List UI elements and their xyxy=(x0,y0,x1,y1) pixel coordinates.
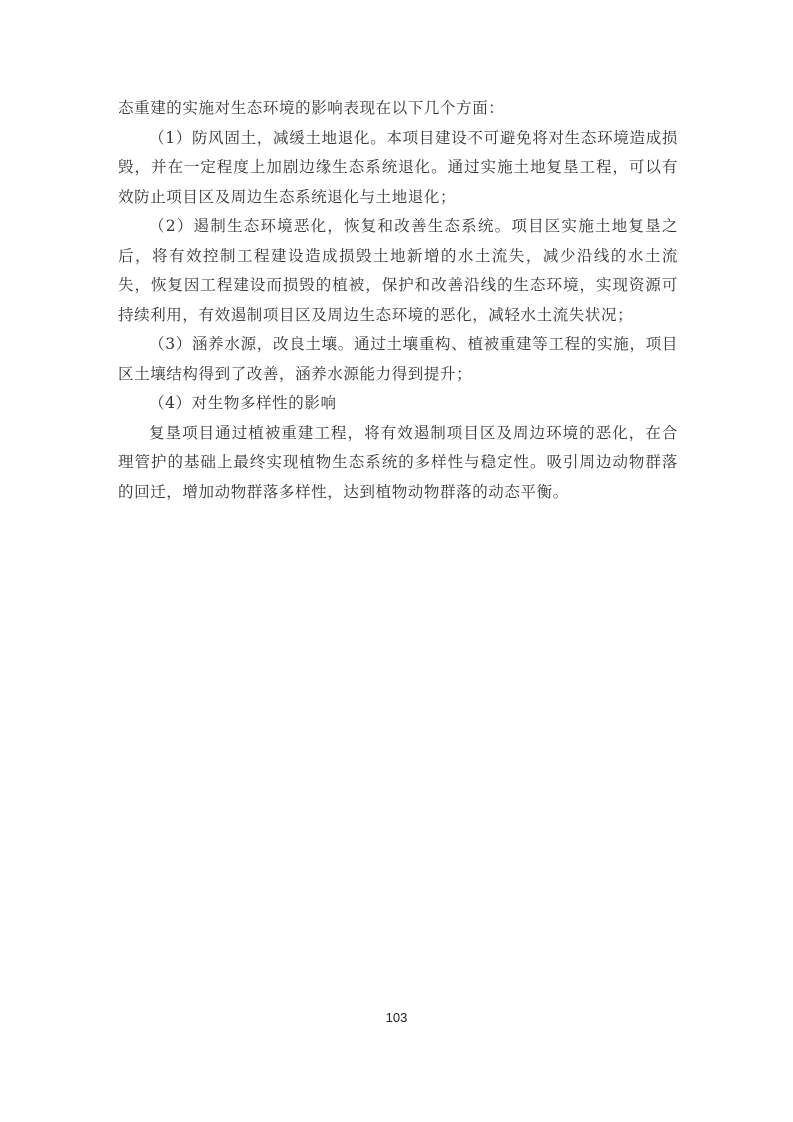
paragraph-biodiversity: 复垦项目通过植被重建工程，将有效遏制项目区及周边环境的恶化，在合理管护的基础上最… xyxy=(118,419,678,508)
paragraph-item-4-heading: （4）对生物多样性的影响 xyxy=(118,389,678,419)
page-number: 103 xyxy=(0,1010,793,1025)
paragraph-item-2: （2）遏制生态环境恶化，恢复和改善生态系统。项目区实施土地复垦之后，将有效控制工… xyxy=(118,212,678,330)
paragraph-item-3: （3）涵养水源，改良土壤。通过土壤重构、植被重建等工程的实施，项目区土壤结构得到… xyxy=(118,330,678,389)
paragraph-item-1: （1）防风固土，减缓土地退化。本项目建设不可避免将对生态环境造成损毁，并在一定程… xyxy=(118,124,678,213)
paragraph-intro: 态重建的实施对生态环境的影响表现在以下几个方面： xyxy=(118,94,678,124)
document-body: 态重建的实施对生态环境的影响表现在以下几个方面： （1）防风固土，减缓土地退化。… xyxy=(118,94,678,507)
